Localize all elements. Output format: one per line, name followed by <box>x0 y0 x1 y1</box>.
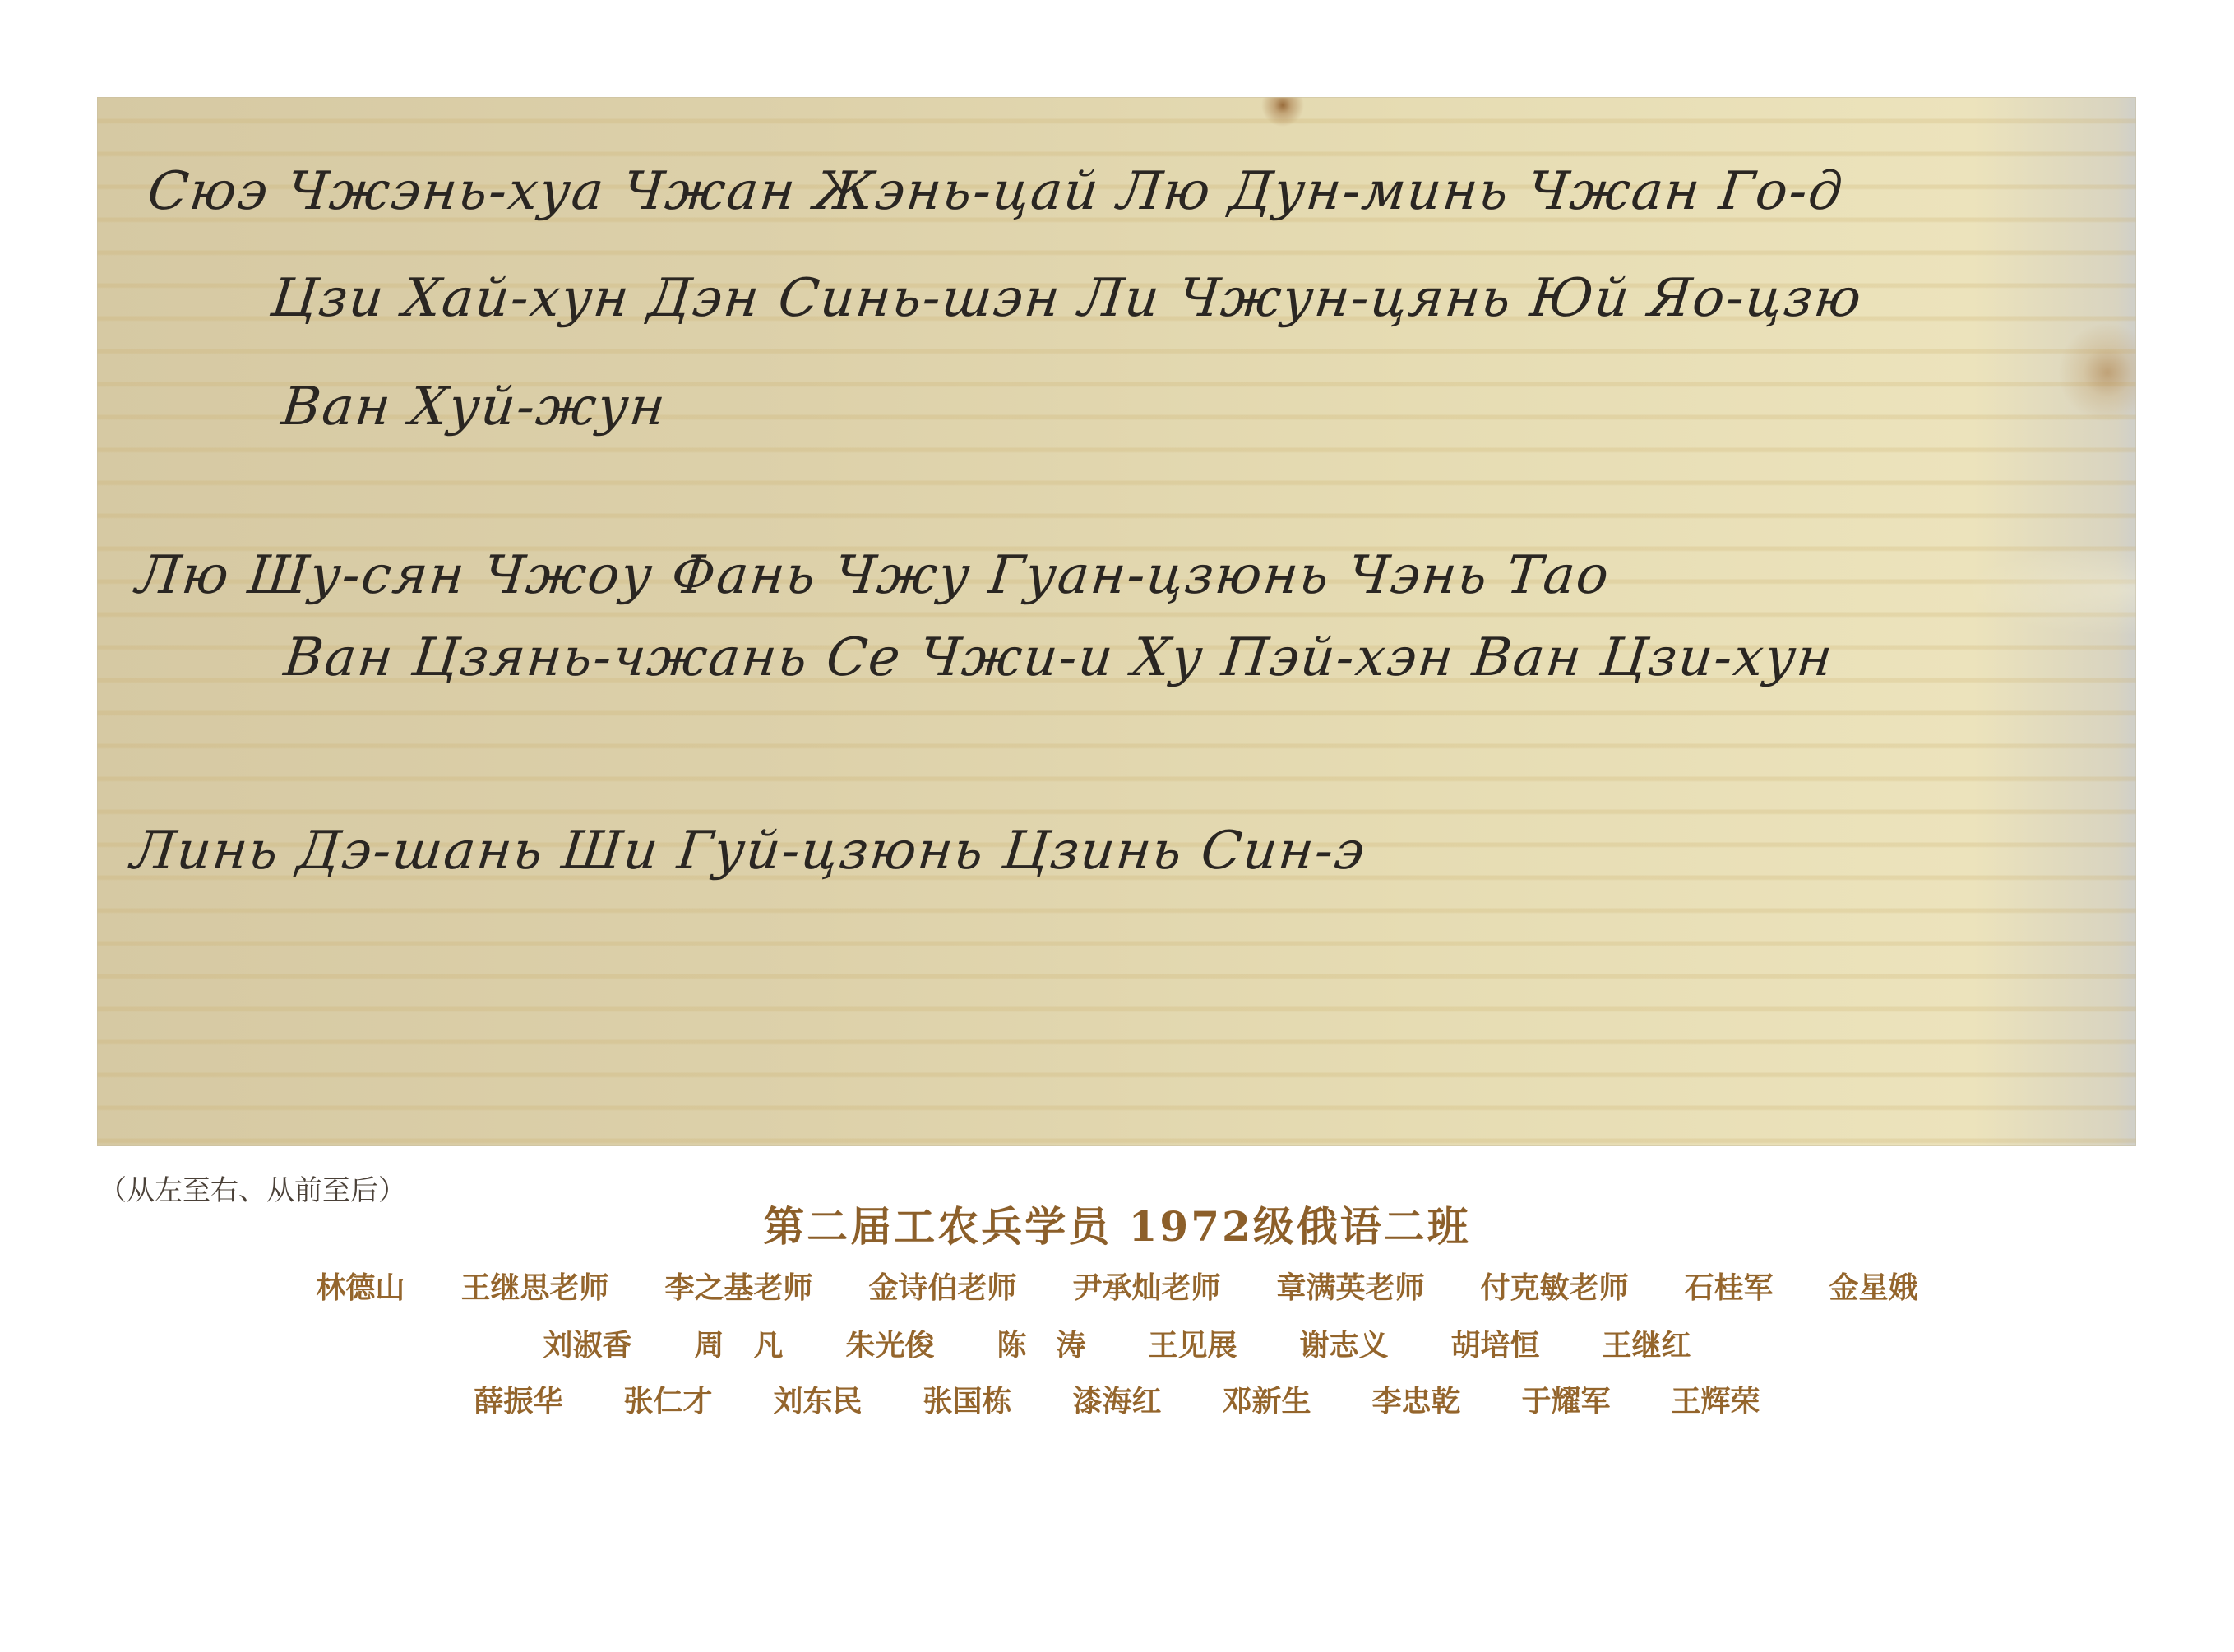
person-name: 刘淑香 <box>543 1322 631 1364</box>
person-name: 石桂军 <box>1685 1265 1774 1307</box>
page-title: 第二届工农兵学员 1972级俄语二班 <box>0 1194 2234 1253</box>
handwritten-line-5: Ван Цзянь-чжань Се Чжи-и Ху Пэй-хэн Ван … <box>281 627 1837 688</box>
person-name: 张仁才 <box>623 1378 712 1420</box>
names-row-2: 刘淑香周 凡朱光俊陈 涛王见展谢志义胡培恒王继红 <box>0 1322 2234 1364</box>
handwritten-line-3: Ван Хуй-жун <box>279 377 669 437</box>
person-name: 于耀军 <box>1522 1378 1611 1420</box>
person-name: 胡培恒 <box>1451 1322 1540 1364</box>
class-photo-handwritten-roster: Сюэ Чжэнь-хуа Чжан Жэнь-цай Лю Дун-минь … <box>97 97 2136 1146</box>
person-name: 王辉荣 <box>1672 1378 1760 1420</box>
handwritten-line-1: Сюэ Чжэнь-хуа Чжан Жэнь-цай Лю Дун-минь … <box>145 161 1847 222</box>
person-name: 金诗伯老师 <box>868 1265 1016 1307</box>
person-name: 王继红 <box>1603 1322 1691 1364</box>
person-name: 李忠乾 <box>1372 1378 1461 1420</box>
person-name: 邓新生 <box>1223 1378 1311 1420</box>
person-name: 谢志义 <box>1300 1322 1389 1364</box>
handwritten-line-6: Линь Дэ-шань Ши Гуй-цзюнь Цзинь Син-э <box>128 821 1369 882</box>
person-name: 付克敏老师 <box>1481 1265 1629 1307</box>
person-name: 周 凡 <box>694 1322 783 1364</box>
handwritten-line-4: Лю Шу-сян Чжоу Фань Чжу Гуан-цзюнь Чэнь … <box>133 545 1613 606</box>
person-name: 王见展 <box>1149 1322 1237 1364</box>
person-name: 林德山 <box>316 1265 405 1307</box>
person-name: 李之基老师 <box>664 1265 812 1307</box>
person-name: 陈 涛 <box>997 1322 1085 1364</box>
handwritten-line-2: Цзи Хай-хун Дэн Синь-шэн Ли Чжун-цянь Юй… <box>268 268 1866 329</box>
person-name: 章满英老师 <box>1277 1265 1425 1307</box>
person-name: 刘东民 <box>773 1378 862 1420</box>
names-row-1: 林德山王继思老师李之基老师金诗伯老师尹承灿老师章满英老师付克敏老师石桂军金星娥 <box>0 1265 2234 1307</box>
person-name: 朱光俊 <box>845 1322 934 1364</box>
person-name: 王继思老师 <box>460 1265 608 1307</box>
person-name: 金星娥 <box>1829 1265 1918 1307</box>
names-row-3: 薛振华张仁才刘东民张国栋漆海红邓新生李忠乾于耀军王辉荣 <box>0 1378 2234 1420</box>
person-name: 薛振华 <box>474 1378 562 1420</box>
person-name: 尹承灿老师 <box>1072 1265 1220 1307</box>
person-name: 漆海红 <box>1072 1378 1161 1420</box>
person-name: 张国栋 <box>923 1378 1011 1420</box>
